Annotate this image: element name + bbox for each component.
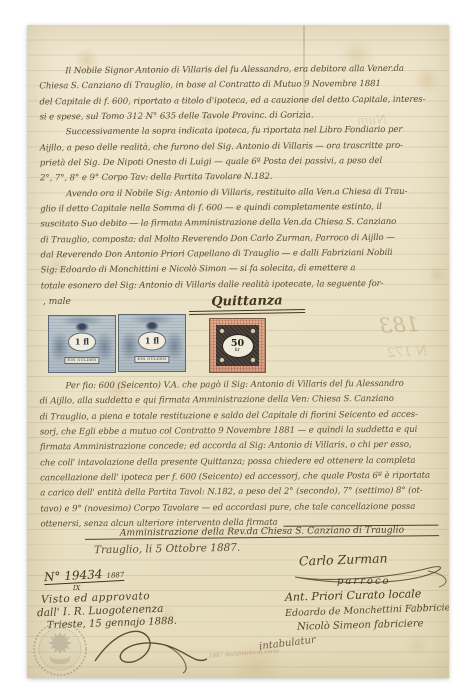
stamp-value-number: 50 <box>231 339 244 348</box>
text-line: totale esonero del Sig: Antonio di Villa… <box>41 276 443 294</box>
revenue-stamp-1-gulden: 1 fl EIN GULDEN <box>118 314 186 372</box>
signature-role: parroco <box>337 576 391 587</box>
registry-number-value: N° 19434 <box>44 567 103 584</box>
text-line: Il Nobile Signor Antonio di Villaris del… <box>39 62 441 80</box>
bleedthrough-text: N 172 <box>387 344 428 361</box>
paragraph-opening: Il Nobile Signor Antonio di Villaris del… <box>39 62 443 295</box>
double-eagle-icon <box>75 323 89 332</box>
registry-roman-numeral: IX <box>73 584 80 592</box>
signature-curate: Ant. Priori Curato locale <box>285 587 422 604</box>
revenue-stamp-1-gulden: 1 fl EIN GULDEN <box>48 315 116 373</box>
stamp-caption: EIN GULDEN <box>64 357 99 364</box>
revenue-stamp-50-kreuzer: 50 kr <box>209 318 266 373</box>
stamp-value: 1 fl <box>138 331 166 350</box>
imperial-eagle-seal <box>29 620 93 678</box>
stamp-caption: EIN GULDEN <box>134 356 169 363</box>
text-line: del Capitale di f. 600, riportato a tito… <box>39 92 441 110</box>
document-paper: Num 183 N 172 Il Nobile Signor Antonio d… <box>27 25 449 678</box>
stamp-value: 50 kr <box>222 334 254 358</box>
bleedthrough-text: 183 <box>378 312 419 338</box>
registry-number: N° 194341887 <box>44 566 125 585</box>
text-line: Avendo ora il Nobile Sig: Antonio di Vil… <box>40 184 442 202</box>
closing-administration-line: Amministrazione della Rev.da Chiesa S. C… <box>85 524 439 540</box>
hyphenated-word: , male <box>43 297 71 307</box>
official-signature-flourish <box>87 623 217 675</box>
registry-year: 1887 <box>106 571 124 580</box>
text-line: tavo) e 9° (novesimo) Corpo Tavolare — e… <box>40 499 442 517</box>
signature-churchwarden-2: Nicolò Simeon fabriciere <box>297 618 424 632</box>
document-heading: Quittanza <box>189 293 305 315</box>
double-eagle-icon <box>145 322 159 331</box>
signature-churchwarden-1: Edoardo de Monchettini Fabbriciere <box>285 602 449 619</box>
stamp-value-unit: kr <box>235 348 240 353</box>
paragraph-receipt: Per fio: 600 (Seicento) V.A. che pagò il… <box>39 377 442 533</box>
pencil-annotation: 1887 documento di carta <box>209 649 279 660</box>
stamp-value: 1 fl <box>68 332 96 351</box>
place-date-line: Trauglio, li 5 Ottobre 1887. <box>94 542 240 557</box>
